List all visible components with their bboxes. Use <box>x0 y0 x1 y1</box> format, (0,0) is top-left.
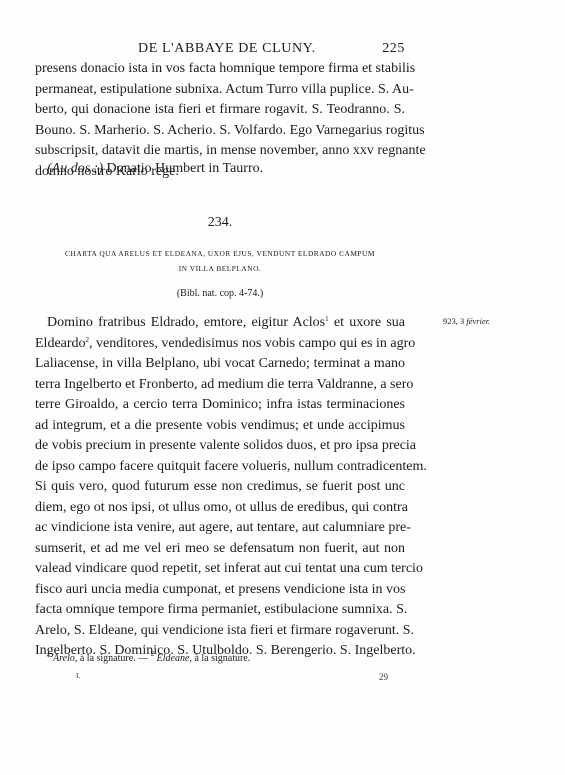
footnotes: 1 Arelo, à la signature. — 2 Eldeane, à … <box>47 653 250 664</box>
text-line: fisco auri uncia media cumponat, et pres… <box>35 580 405 601</box>
date-month: février. <box>466 316 490 326</box>
text-line: berto, qui donacione ista fieri et firma… <box>35 100 405 121</box>
running-title: DE L'ABBAYE DE CLUNY. <box>138 41 316 57</box>
page-number: 225 <box>382 41 405 57</box>
charter-source: (Bibl. nat. cop. 4-74.) <box>0 288 440 299</box>
text-line: ad integrum, et a die presente vobis ven… <box>35 416 405 437</box>
text-line: de vobis precium in presente valente sol… <box>35 436 405 457</box>
text-line: presens donacio ista in vos facta homniq… <box>35 59 405 80</box>
endorsement-label: (Au dos :) <box>47 161 103 176</box>
text-line: diem, ego ot nos ipsi, ot ullus omo, ot … <box>35 498 405 519</box>
text-line: terra Ingelberto et Fronberto, ad medium… <box>35 375 405 396</box>
sheet-number: 29 <box>379 672 388 682</box>
endorsement: (Au dos :) Donatio Humbert in Taurro. <box>47 161 263 177</box>
charter-title: CHARTA QUA ARELUS ET ELDEANA, UXOR EJUS,… <box>50 246 390 276</box>
text-line: de ipso campo facere quitquit facere vol… <box>35 457 405 478</box>
footnote-name: Arelo <box>53 653 75 664</box>
footnote-text: , à la signature. <box>189 653 250 664</box>
charter-title-line: CHARTA QUA ARELUS ET ELDEANA, UXOR EJUS,… <box>50 246 390 261</box>
date-year: 923 <box>443 316 456 326</box>
text-line: Arelo, S. Eldeane, qui vendicione ista f… <box>35 621 405 642</box>
footnote-name: Eldeane <box>157 653 190 664</box>
text-line: Domino fratribus Eldrado, emtore, eigitu… <box>35 313 405 334</box>
book-page: DE L'ABBAYE DE CLUNY. 225 presens donaci… <box>0 0 565 775</box>
text-line: subscripsit, datavit die martis, in mens… <box>35 141 405 162</box>
text-line: Si quis vero, quod futurum esse non cred… <box>35 477 405 498</box>
footnote-mark: 2 <box>151 650 155 658</box>
charter-number: 234. <box>0 215 440 231</box>
footnote-text: , à la signature. — <box>75 653 151 664</box>
margin-date: 923, 3 février. <box>443 316 490 326</box>
charter-title-line: IN VILLA BELPLANO. <box>50 261 390 276</box>
text-line: Bouno. S. Marherio. S. Acherio. S. Volfa… <box>35 121 405 142</box>
text-line: terre Giroaldo, a cercio terra Dominico;… <box>35 395 405 416</box>
text-line: ac vindicione ista venire, aut agere, au… <box>35 518 405 539</box>
footnote-mark: 1 <box>47 650 51 658</box>
text-line: Laliacense, in villa Belplano, ubi vocat… <box>35 354 405 375</box>
text-line: Eldeardo2, venditores, vendedisimus nos … <box>35 334 405 355</box>
date-day: , 3 <box>456 316 467 326</box>
signature-mark: I. <box>76 672 80 680</box>
charter-text: Domino fratribus Eldrado, emtore, eigitu… <box>35 313 405 662</box>
text-line: sumserit, et ad me vel eri meo se defens… <box>35 539 405 560</box>
text-line: permaneat, estipulatione subnixa. Actum … <box>35 80 405 101</box>
text-line: facta omnique tempore firma permaniet, e… <box>35 600 405 621</box>
text-line: valead vindicare quod repetit, set infer… <box>35 559 405 580</box>
running-head: DE L'ABBAYE DE CLUNY. 225 <box>35 41 405 57</box>
endorsement-text: Donatio Humbert in Taurro. <box>103 161 263 176</box>
